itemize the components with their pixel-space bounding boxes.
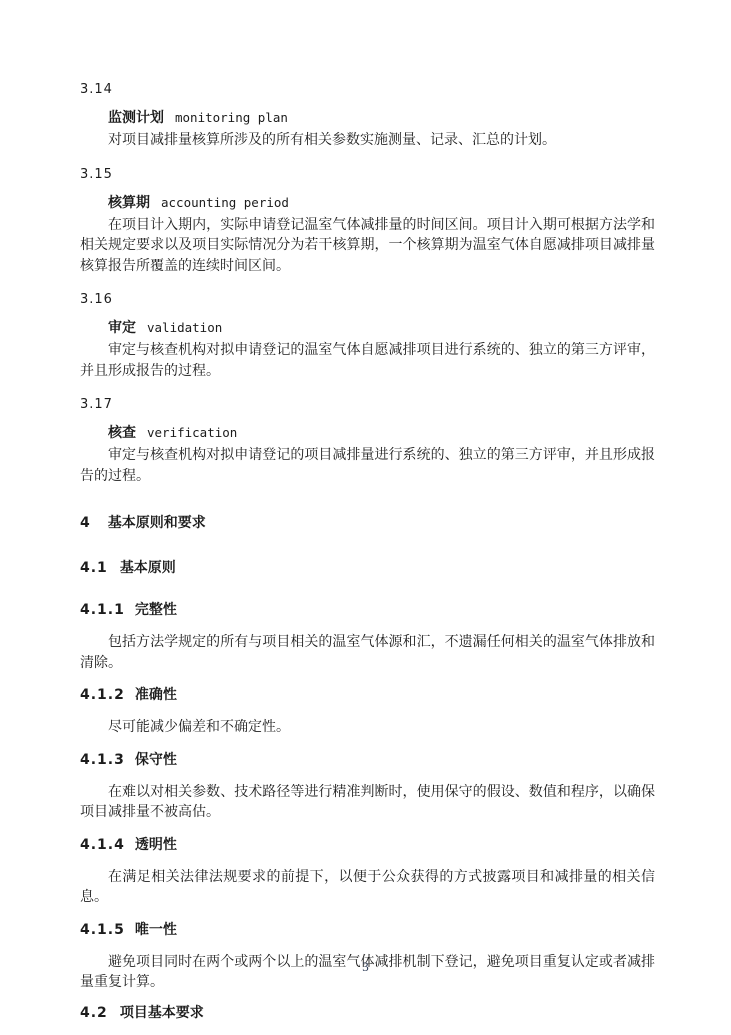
term-clause-number: 3.14 [80, 80, 655, 100]
term-definition: 审定与核查机构对拟申请登记的项目减排量进行系统的、独立的第三方评审，并且形成报告… [80, 446, 655, 487]
section-title: 基本原则 [120, 560, 176, 576]
term-name-zh: 审定 [108, 320, 136, 336]
term-heading: 核算期 accounting period [80, 193, 655, 213]
section-heading-4-2: 4.2项目基本要求 [80, 1003, 655, 1023]
page-number: 3 [0, 959, 731, 975]
term-name-en: verification [147, 425, 237, 440]
section-heading-4: 4基本原则和要求 [80, 513, 655, 533]
section-title: 保守性 [135, 752, 177, 768]
section-title: 透明性 [135, 837, 177, 853]
document-content: 3.14 监测计划 monitoring plan 对项目减排量核算所涉及的所有… [80, 80, 655, 1023]
term-definition: 对项目减排量核算所涉及的所有相关参数实施测量、记录、汇总的计划。 [80, 131, 655, 152]
term-clause-number: 3.15 [80, 165, 655, 185]
section-heading-4-1-1: 4.1.1完整性 [80, 600, 655, 620]
section-body-paragraph: 在满足相关法律法规要求的前提下，以便于公众获得的方式披露项目和减排量的相关信息。 [80, 868, 655, 909]
section-title: 唯一性 [135, 922, 177, 938]
section-body-paragraph: 包括方法学规定的所有与项目相关的温室气体源和汇，不遗漏任何相关的温室气体排放和清… [80, 633, 655, 674]
section-body-paragraph: 在难以对相关参数、技术路径等进行精准判断时，使用保守的假设、数值和程序，以确保项… [80, 783, 655, 824]
section-heading-4-1-4: 4.1.4透明性 [80, 835, 655, 855]
term-name-zh: 监测计划 [108, 110, 164, 126]
term-definition: 审定与核查机构对拟申请登记的温室气体自愿减排项目进行系统的、独立的第三方评审，并… [80, 341, 655, 382]
term-heading: 监测计划 monitoring plan [80, 108, 655, 128]
section-title: 项目基本要求 [120, 1005, 204, 1021]
section-number: 4.1.5 [80, 920, 125, 940]
term-name-en: validation [147, 320, 222, 335]
term-clause-number: 3.16 [80, 290, 655, 310]
section-number: 4.1.3 [80, 750, 125, 770]
section-title: 完整性 [135, 602, 177, 618]
term-heading: 审定 validation [80, 318, 655, 338]
section-heading-4-1: 4.1基本原则 [80, 558, 655, 578]
section-number: 4.1.2 [80, 685, 125, 705]
term-definition: 在项目计入期内，实际申请登记温室气体减排量的时间区间。项目计入期可根据方法学和相… [80, 216, 655, 278]
term-name-zh: 核查 [108, 425, 136, 441]
term-clause-number: 3.17 [80, 395, 655, 415]
section-number: 4.1 [80, 558, 108, 578]
section-heading-4-1-5: 4.1.5唯一性 [80, 920, 655, 940]
section-number: 4.1.4 [80, 835, 125, 855]
term-heading: 核查 verification [80, 423, 655, 443]
term-name-en: accounting period [161, 195, 289, 210]
section-heading-4-1-3: 4.1.3保守性 [80, 750, 655, 770]
section-heading-4-1-2: 4.1.2准确性 [80, 685, 655, 705]
section-number: 4 [80, 513, 91, 533]
term-name-zh: 核算期 [108, 195, 150, 211]
section-number: 4.1.1 [80, 600, 125, 620]
section-number: 4.2 [80, 1003, 108, 1023]
document-page: 3.14 监测计划 monitoring plan 对项目减排量核算所涉及的所有… [0, 0, 731, 1035]
section-title: 基本原则和要求 [108, 515, 206, 531]
section-title: 准确性 [135, 687, 177, 703]
section-body-paragraph: 尽可能减少偏差和不确定性。 [80, 718, 655, 739]
term-name-en: monitoring plan [175, 110, 288, 125]
